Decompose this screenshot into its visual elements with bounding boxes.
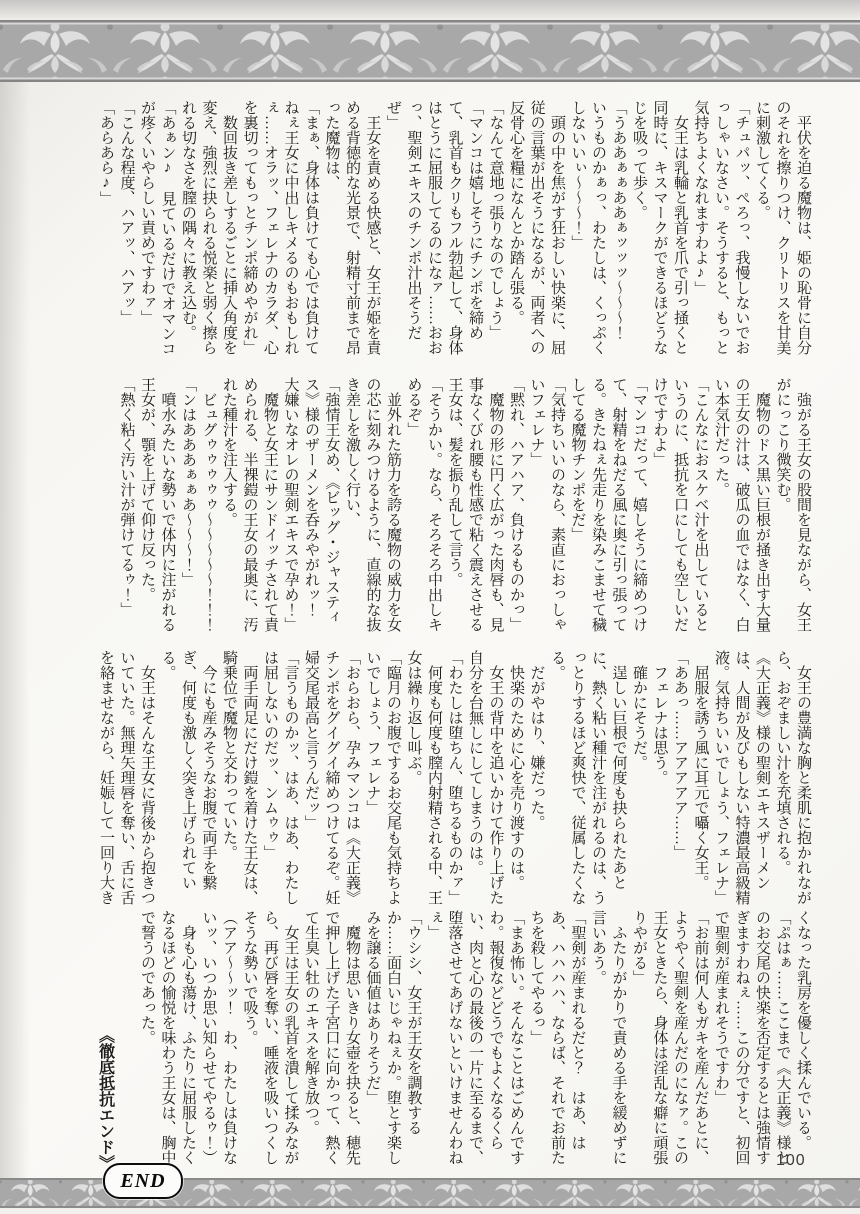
paragraph: 「チュパッ、ぺろっ、我慢しないでおっしゃいなさい。そうすると、もっと気持ちよくな…	[690, 100, 752, 356]
paragraph: 「お前は何人もガキを産んだあとに、ようやく聖剣を産んだのになァ。この王女ときたら…	[629, 910, 711, 1166]
paragraph: 「マンコは嬉しそうにチンポを締めて、乳首もクリもフル勃起して、身体はとうに屈服し…	[383, 100, 486, 356]
paragraph: 頭の中を焦がす狂おしい快楽に、屈従の言葉が出そうになるが、両者への反骨心を糧にな…	[506, 100, 568, 356]
paragraph: 逞しい巨根で何度も抉られたあとに、熱く粘い種汁を注がれるのは、うっとりするほど爽…	[547, 650, 629, 906]
paragraph: 「うああぁぁああぁッッッ～～～！ いうものかぁっ、わたしは、くっぷくしないいぃ～…	[567, 100, 629, 356]
paragraph: 「おらおら、孕みマンコは《大正義》チンポをグイグイ締めつけてるぞ。妊婦交尾最高と…	[301, 650, 363, 906]
paragraph: 何度も何度も膣内射精される中、王女は繰り返し叫ぶ。	[403, 650, 444, 906]
paragraph: 王女を責める快感と、女王が姫を責める背徳的な光景で、射精寸前まで昂った魔物は、	[321, 100, 383, 356]
paragraph: 噴水みたいな勢いで体内に注がれる王女が、顎を上げて仰け反った。	[137, 377, 178, 633]
paragraph: 魔物と女王にサンドイッチされて責められる、半裸鎧の王女の最奥に、汚れた種汁を注入…	[219, 377, 281, 633]
paragraph: 確かにそうだ。	[629, 650, 650, 906]
paragraph: 「まぁ、身体は負けても心では負けてねぇ王女に中出しキメるのもおもしれぇ……オラッ…	[239, 100, 321, 356]
paragraph: 「マンコだって、嬉しそうに締めつけて、射精をねだる風に奥に引っ張ってる。きたねぇ…	[567, 377, 649, 633]
paragraph: （アア～～ッ！ わ、わたしは負けないッ、いつか思い知らせてやるゥ！）	[198, 910, 239, 1166]
paragraph: 魔物の形に円く広がった肉唇も、見事なくびれ腰も性感で粘く震えさせる王女は、髪を振…	[444, 377, 506, 633]
paragraph: 魔物は思いきり女壺を抉ると、穂先で押し上げた子宮口に向かって、熱くて生臭い牡のエ…	[301, 910, 363, 1166]
paragraph: 「あぁン♪ 見ているだけでオマンコが疼くいやらしい責めですわァ」	[137, 100, 178, 356]
paragraph: 女王はそんな王女に背後から抱きついていた。無理矢理唇を奪い、舌に舌を絡ませながら…	[96, 650, 158, 906]
text-band-2: 強がる王女の股間を見ながら、女王がにっこり微笑む。魔物のドス黒い巨根が掻き出す大…	[108, 377, 813, 633]
paragraph: くなった乳房を優しく揉んでいる。	[793, 910, 814, 1166]
paragraph: 並外れた筋力を誇る魔物の威力を女の芯に刻みつけるように、直線的な抜き差しを激しく…	[342, 377, 404, 633]
paragraph: 「あらあら♪」	[96, 100, 117, 356]
paragraph: 「そうかい。なら、そろそろ中出しキめるぞ」	[403, 377, 444, 633]
paragraph: 「ウシシ、女王が王女を調教するか……面白いじゃねぇか。堕とす楽しみを譲る価値はあ…	[362, 910, 424, 1166]
end-badge: END	[103, 1163, 183, 1199]
paragraph: 「ンはあああぁぁあ～～～！」	[178, 377, 199, 633]
paragraph: 「言うものかッ、はあ、はあ、わたしは屈しないのだッ、ンムゥゥ」	[260, 650, 301, 906]
page-shading-left	[0, 82, 30, 1178]
paragraph: 強がる王女の股間を見ながら、女王がにっこり微笑む。	[772, 377, 813, 633]
paragraph: 「熱く粘く汚い汁が弾けてるゥ！」	[116, 377, 137, 633]
paragraph: 平伏を迫る魔物は、姫の恥骨に自分のそれを擦りつけ、クリトリスを甘美に刺激してくる…	[752, 100, 814, 356]
paragraph: 「強情王女め、《ビッグ・ジャスティス》様のザーメンを呑みやがれッ！ 大嫌いなオレ…	[280, 377, 342, 633]
paragraph: だがやはり、嫌だった。	[526, 650, 547, 906]
paragraph: 「こんな程度、ハアッ、ハアッ」	[116, 100, 137, 356]
paragraph: 「臨月のお腹でするお交尾も気持ちよいでしょう、フェレナ」	[362, 650, 403, 906]
paragraph: 女王の背中を追いかけて作り上げた自分を台無しにしてしまうのは。	[465, 650, 506, 906]
paragraph: 「黙れ、ハアハア、負けるものかっ」	[506, 377, 527, 633]
paragraph: 「ああっ……アアアアア……」	[670, 650, 691, 906]
ornamental-border-top	[0, 20, 860, 82]
novel-page: 平伏を迫る魔物は、姫の恥骨に自分のそれを擦りつけ、クリトリスを甘美に刺激してくる…	[0, 0, 860, 1214]
paragraph: 「なんて意地っ張りなのでしょう」	[485, 100, 506, 356]
paragraph: 両手両足にだけ鎧を着けた王女は、騎乗位で魔物と交わっていた。	[219, 650, 260, 906]
paragraph: 《大正義》様の聖剣エキスザーメンは、人間が及びもしない特濃最高級精液。気持ちいい…	[711, 650, 773, 906]
paragraph: ビュグゥゥゥゥゥ～～～～～！！！	[198, 377, 219, 633]
paragraph: 数回抜き差しするごとに挿入角度を変え、強烈に抉られる悦楽と弱く擦られる切なさを膣…	[178, 100, 240, 356]
paragraph: フェレナは思う。	[649, 650, 670, 906]
end-badge-label: END	[120, 1170, 165, 1193]
paragraph: 今にも産みそうなお腹で両手を繋ぎ、何度も激しく突き上げられている。	[157, 650, 219, 906]
page-number: 100	[776, 1152, 824, 1170]
paragraph: 魔物のドス黒い巨根が掻き出す大量の王女の汁は、破瓜の血ではなく、白い本気汁だった…	[711, 377, 773, 633]
paragraph: 女王は乳輪と乳首を爪で引っ掻くと同時に、キスマークができるほどうなじを吸って歩く…	[629, 100, 691, 356]
page-shading-bottom	[0, 1208, 860, 1214]
paragraph: 「まあ怖い。そんなことはごめんですわ。報復などどうでもよくなるくらい、肉と心の最…	[424, 910, 527, 1166]
paragraph: 屈服を誘う風に耳元で囁く女王。	[690, 650, 711, 906]
paragraph: 「ぷはぁ……ここまで《大正義》様とのお交尾の快楽を否定するとは強情すぎますわねぇ…	[711, 910, 793, 1166]
page-shading-top	[0, 0, 860, 20]
text-band-3: 女王の豊満な胸と柔肌に抱かれながら、おぞましい汁を充填される。《大正義》様の聖剣…	[108, 650, 813, 906]
paragraph: 「こんなにおスケベ汁を出しているというのに、抵抗を口にしても空しいだけですわよ」	[649, 377, 711, 633]
paragraph: 女王は王女の乳首を潰して揉みながら、再び唇を奪い、唾液を吸いつくしそうな勢いで吸…	[239, 910, 301, 1166]
paragraph: 「わたしは堕ちん、堕ちるものかァ」	[444, 650, 465, 906]
paragraph: ふたりがかりで責める手を緩めずに言いあう。	[588, 910, 629, 1166]
paragraph: 女王の豊満な胸と柔肌に抱かれながら、おぞましい汁を充填される。	[772, 650, 813, 906]
paragraph: 「気持ちいいのなら、素直におっしゃいフェレナ」	[526, 377, 567, 633]
text-band-1: 平伏を迫る魔物は、姫の恥骨に自分のそれを擦りつけ、クリトリスを甘美に刺激してくる…	[108, 100, 813, 356]
paragraph: 「聖剣が産まれるだと？ はあ、はあ、ハハハハ、ならば、それでお前たちを殺してやる…	[526, 910, 588, 1166]
paragraph: 快楽のために心を売り渡すのは。	[506, 650, 527, 906]
text-band-4: くなった乳房を優しく揉んでいる。「ぷはぁ……ここまで《大正義》様とのお交尾の快楽…	[108, 910, 813, 1166]
ending-label: 《徹底抵抗エンド》	[94, 910, 115, 1166]
paragraph: 身も心も蕩け、ふたりに屈服したくなるほどの愉悦を味わう王女は、胸中で誓うのであっ…	[137, 910, 199, 1166]
